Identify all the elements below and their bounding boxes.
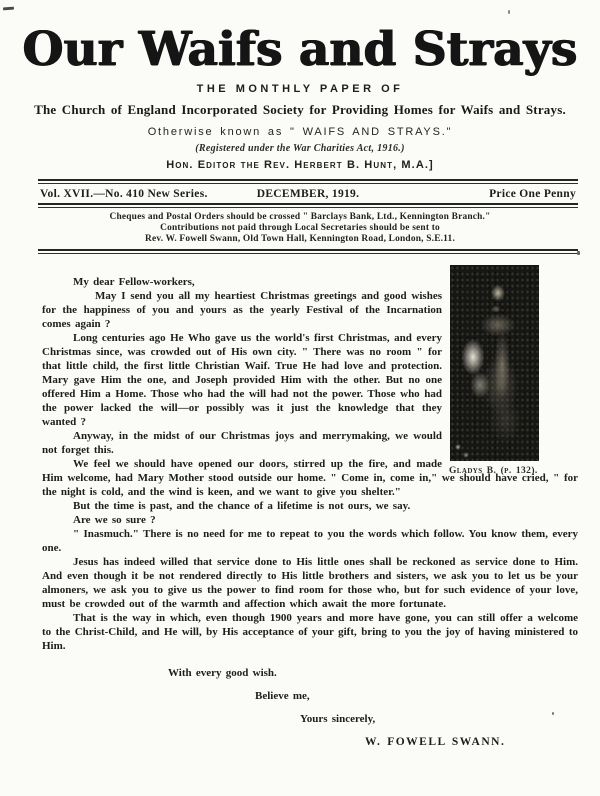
masthead-editor-line: Hon. Editor the Rev. Herbert B. Hunt, M.… — [0, 159, 600, 171]
issue-bar: Vol. XVII.—No. 410 New Series. DECEMBER,… — [38, 184, 578, 203]
double-rule — [38, 203, 578, 208]
photo-gladys — [450, 265, 539, 461]
masthead-registered-line: (Registered under the War Charities Act,… — [0, 143, 600, 154]
masthead-otherwise-line: Otherwise known as " WAIFS AND STRAYS." — [0, 126, 600, 138]
scan-speck — [508, 10, 510, 14]
issue-date: DECEMBER, 1919. — [257, 188, 360, 200]
masthead-society-line: The Church of England Incorporated Socie… — [0, 102, 600, 118]
scan-speck — [552, 712, 554, 715]
letter-closing-wish: With every good wish. — [168, 666, 578, 680]
letter-paragraph: But the time is past, and the chance of … — [42, 499, 578, 513]
notice-line-2: Contributions not paid through Local Sec… — [0, 223, 600, 234]
double-rule — [38, 249, 578, 254]
letter-paragraph: Jesus has indeed willed that service don… — [42, 555, 578, 611]
letter-closing-sincerely: Yours sincerely, — [300, 712, 578, 726]
letter-closing: With every good wish. Believe me, Yours … — [42, 666, 578, 749]
notice-box: Cheques and Postal Orders should be cros… — [0, 212, 600, 245]
letter-paragraph: That is the way in which, even though 19… — [42, 611, 578, 653]
masthead-tagline: THE MONTHLY PAPER OF — [0, 83, 600, 95]
issue-price: Price One Penny — [489, 188, 576, 200]
letter-paragraph: " Inasmuch." There is no need for me to … — [42, 527, 578, 555]
masthead-title: Our Waifs and Strays — [0, 22, 600, 78]
letter-signature: W. FOWELL SWANN. — [365, 735, 578, 749]
masthead: Our Waifs and Strays THE MONTHLY PAPER O… — [0, 0, 600, 171]
notice-line-1: Cheques and Postal Orders should be cros… — [0, 212, 600, 223]
notice-line-3: Rev. W. Fowell Swann, Old Town Hall, Ken… — [0, 234, 600, 245]
magazine-page: Our Waifs and Strays THE MONTHLY PAPER O… — [0, 0, 600, 796]
photo-block: Gladys B. (p. 132). — [450, 265, 578, 478]
letter-body: Gladys B. (p. 132). My dear Fellow-worke… — [42, 275, 578, 749]
issue-volume: Vol. XVII.—No. 410 New Series. — [40, 188, 208, 200]
scan-speck — [577, 251, 580, 255]
letter-paragraph: Are we so sure ? — [42, 513, 578, 527]
letter-closing-believe: Believe me, — [255, 689, 578, 703]
